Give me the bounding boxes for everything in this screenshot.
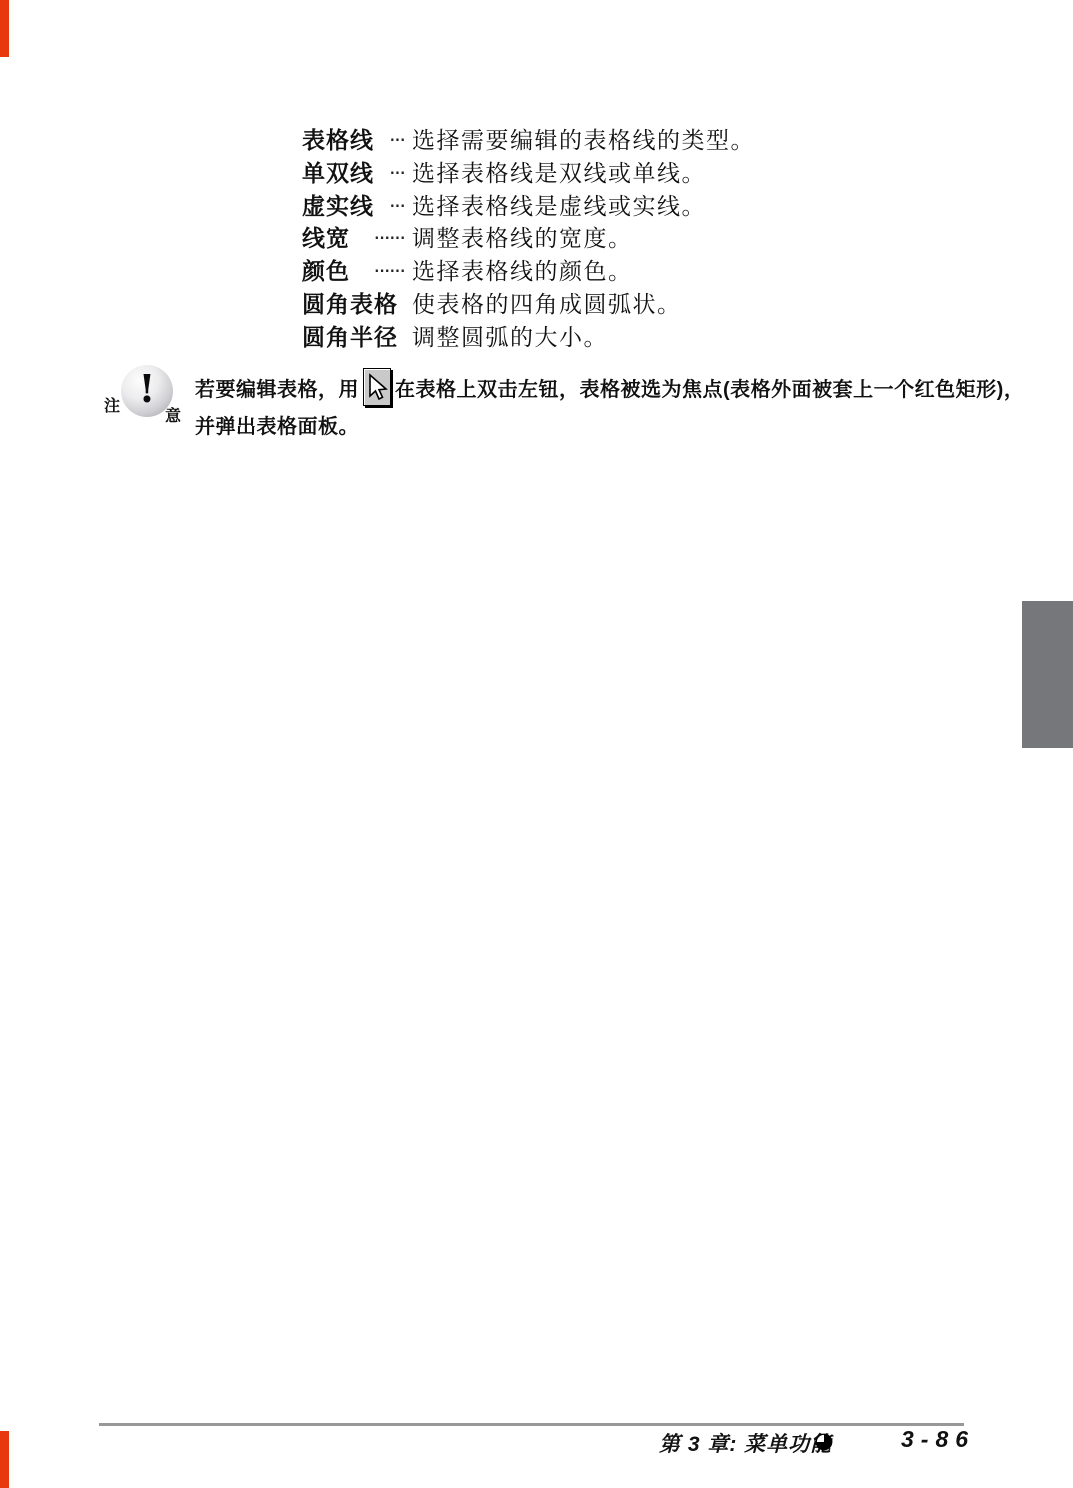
definition-description: 选择表格线是双线或单线。 [412, 155, 706, 188]
definition-row: 圆角半径 调整圆弧的大小。 [302, 319, 1002, 352]
note-line-2: 并弹出表格面板。 [195, 410, 985, 439]
arrow-cursor-icon [364, 373, 390, 401]
note-char-right: 意 [165, 403, 181, 426]
attention-sphere-icon: 注 ! 意 [104, 362, 188, 424]
footer-page-number: 3-86 [901, 1426, 975, 1453]
definition-description: 调整圆弧的大小。 [412, 319, 608, 352]
definition-term: 圆角半径 [302, 319, 398, 352]
chapter-side-tab [1022, 601, 1073, 748]
definition-term: 虚实线 [302, 188, 374, 221]
definition-description: 调整表格线的宽度。 [412, 220, 633, 253]
definition-row: 表格线··· 选择需要编辑的表格线的类型。 [302, 122, 1002, 155]
three-quarter-circle-icon [815, 1433, 833, 1451]
definition-description: 选择表格线是虚线或实线。 [412, 188, 706, 221]
manual-page: 表格线··· 选择需要编辑的表格线的类型。 单双线··· 选择表格线是双线或单线… [0, 0, 1073, 1488]
definition-description: 使表格的四角成圆弧状。 [412, 286, 682, 319]
definition-term: 单双线 [302, 155, 374, 188]
red-edge-mark-bottom [0, 1431, 9, 1488]
note-line-1-before: 若要编辑表格，用 [195, 373, 359, 402]
definition-leader: ······ [373, 256, 412, 283]
footer-chapter-label: 第 3 章: 菜单功能 [659, 1428, 832, 1458]
definition-leader: ··· [389, 158, 412, 185]
note-line-1: 若要编辑表格，用 在表格上双击左钮，表格被选为焦点(表格外面被套上一个红色矩形)… [195, 366, 985, 408]
exclamation-mark: ! [139, 370, 156, 408]
note-char-left: 注 [104, 393, 120, 416]
definition-row: 圆角表格 使表格的四角成圆弧状。 [302, 286, 1002, 319]
pointer-tool-button[interactable] [363, 368, 391, 406]
definition-row: 虚实线··· 选择表格线是虚线或实线。 [302, 188, 1002, 221]
red-edge-mark-top [0, 0, 9, 57]
definition-row: 线宽······ 调整表格线的宽度。 [302, 220, 1002, 253]
definition-term: 圆角表格 [302, 286, 398, 319]
footer-rule [99, 1423, 964, 1426]
definition-row: 颜色······ 选择表格线的颜色。 [302, 253, 1002, 286]
definition-term: 表格线 [302, 122, 374, 155]
definition-leader: ··· [389, 125, 412, 152]
note-line-1-after: 在表格上双击左钮，表格被选为焦点(表格外面被套上一个红色矩形)， [395, 373, 1024, 402]
definition-row: 单双线··· 选择表格线是双线或单线。 [302, 155, 1002, 188]
definition-list: 表格线··· 选择需要编辑的表格线的类型。 单双线··· 选择表格线是双线或单线… [302, 122, 1002, 352]
definition-leader: ··· [389, 191, 412, 218]
definition-description: 选择需要编辑的表格线的类型。 [412, 122, 755, 155]
definition-term: 线宽 [302, 220, 350, 253]
definition-leader: ······ [373, 223, 412, 250]
note-text: 若要编辑表格，用 在表格上双击左钮，表格被选为焦点(表格外面被套上一个红色矩形)… [195, 366, 985, 439]
definition-term: 颜色 [302, 253, 350, 286]
definition-description: 选择表格线的颜色。 [412, 253, 633, 286]
